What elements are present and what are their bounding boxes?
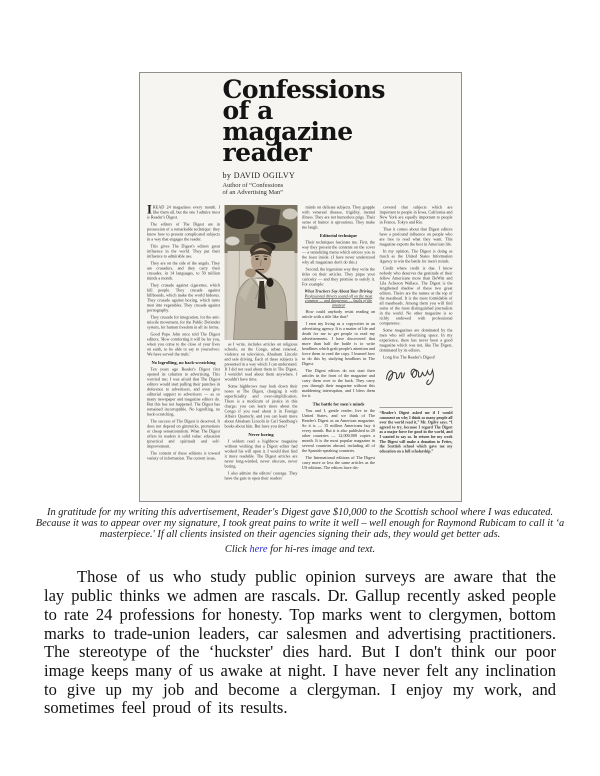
ad-column-2: as I write, includes articles on religio… (224, 205, 297, 483)
ad-author-note-line: of an Advertising Man” (223, 189, 454, 196)
ad-text-block: This gives The Digest's editors great in… (147, 244, 220, 259)
ad-body-columns: I READ 24 magazines every month. I like … (147, 205, 454, 497)
ad-text-block: How could anybody resist reading an arti… (302, 309, 375, 319)
signature-script-icon (383, 363, 442, 386)
ad-author-note-line: Author of “Confessions (223, 182, 454, 189)
ad-text-block: Credit where credit is due. I know nobod… (379, 266, 452, 326)
body-paragraph: Those of us who study public opinion sur… (44, 568, 556, 718)
image-caption: In gratitude for my writing this adverti… (30, 507, 570, 541)
ad-text-block: In my opinion, The Digest is doing as mu… (379, 249, 452, 264)
ad-text-block: Some magazines are dominated by the men … (379, 328, 452, 353)
ad-text-block: Professional drivers sound off on the mo… (302, 294, 375, 308)
hires-link-prefix: Click (225, 544, 250, 555)
ad-text-block: as I write, includes articles on religio… (224, 342, 297, 382)
ad-text-block: Some highbrows may look down their noses… (224, 384, 297, 429)
ad-text-block: Editorial technique (302, 233, 375, 238)
ad-text-block: I also admire the editors' courage. They… (224, 471, 297, 481)
ad-text-block: Never boring (224, 432, 297, 437)
ogilvy-portrait-photo (224, 205, 297, 340)
ad-column-3: minds on delicate subjects. They grapple… (302, 205, 375, 483)
ad-text-block: I earn my living as a copywriter in an a… (302, 321, 375, 366)
ad-text-block: Second, the ingenious way they write the… (302, 267, 375, 287)
ad-text-block: They crusade against cigarettes, which k… (147, 283, 220, 313)
ad-text-block: Good Pope John once told The Digest edit… (147, 332, 220, 357)
ogilvy-signature (383, 363, 452, 389)
ad-text-block: The success of The Digest is deserved. I… (147, 419, 220, 449)
ad-text-block: What Truckers Say About Your Driving (302, 289, 375, 294)
ad-headline: Confessions of a magazine reader (223, 79, 454, 163)
ad-text-block: I seldom read a highbrow magazine withou… (224, 439, 297, 469)
ad-text-block: “Reader's Digest asked me if I would com… (379, 407, 452, 453)
ad-text-block: The Digest editors do not start their ar… (302, 368, 375, 398)
ad-text-block: The battle for men's minds (302, 401, 375, 406)
ad-text-block: The content of these editions is toward … (147, 451, 220, 461)
hires-link-line: Click here for hi-res image and text. (0, 544, 600, 555)
ad-column-1: I READ 24 magazines every month. I like … (147, 205, 220, 483)
ad-text-block: I READ 24 magazines every month. I like … (147, 205, 220, 220)
ad-text-block: Long live The Reader's Digest! (379, 355, 452, 360)
ad-text-block: Ten years ago Reader's Digest first open… (147, 367, 220, 417)
hires-link-suffix: for hi-res image and text. (268, 544, 376, 555)
ad-text-block: Their techniques fascinate me. First, th… (302, 240, 375, 265)
ad-column-4: covered that subjects which are importan… (379, 205, 452, 483)
ad-text-block: minds on delicate subjects. They grapple… (302, 205, 375, 230)
ad-text-block: They are on the side of the angels. They… (147, 261, 220, 281)
document-page: Confessions of a magazine reader by DAVI… (0, 0, 600, 776)
ad-text-block: They crusade for integration, for the an… (147, 315, 220, 330)
ad-text-block: No logrolling, no back-scratching (147, 360, 220, 365)
ad-text-block: covered that subjects which are importan… (379, 205, 452, 225)
ad-text-block: Thus it comes about that Digest editors … (379, 227, 452, 247)
ad-scan-image: Confessions of a magazine reader by DAVI… (139, 72, 462, 502)
hires-link[interactable]: here (249, 544, 267, 555)
ad-byline: by DAVID OGILVY (223, 171, 454, 180)
ad-text-block: You and I, gentle reader, live in the Un… (302, 408, 375, 453)
ad-text-block: The editors of The Digest are in possess… (147, 222, 220, 242)
ad-text-block: The International editions of The Digest… (302, 455, 375, 470)
